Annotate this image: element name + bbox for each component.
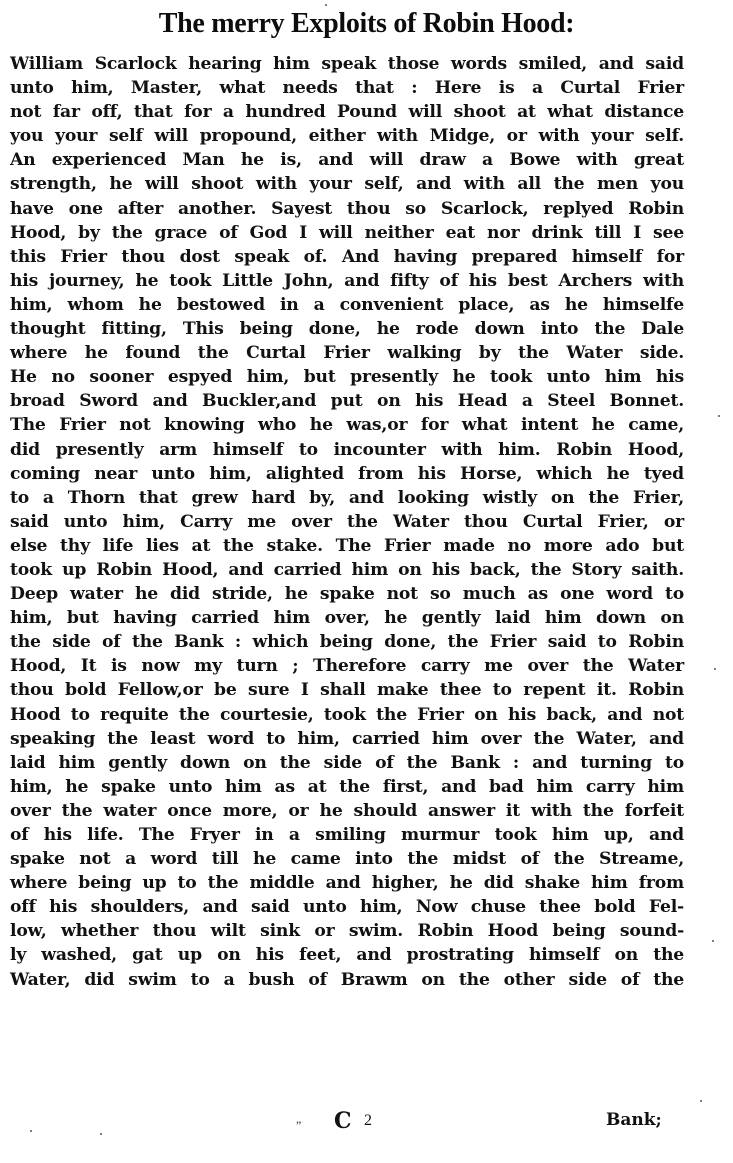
text-line: broad Sword and Buckler,and put on his H…: [10, 389, 684, 413]
text-line: Hood to requite the courtesie, took the …: [10, 703, 684, 727]
text-line: have one after another. Sayest thou so S…: [10, 197, 684, 221]
text-line: Hood, It is now my turn ; Therefore carr…: [10, 654, 684, 678]
signature-number: 2: [364, 1112, 372, 1130]
catchword: Bank;: [606, 1110, 662, 1130]
text-line: speaking the least word to him, carried …: [10, 727, 684, 751]
text-line: said unto him, Carry me over the Water t…: [10, 510, 684, 534]
text-line: over the water once more, or he should a…: [10, 799, 684, 823]
page-footer: ” C 2 Bank;: [0, 1108, 733, 1138]
ink-speck: [714, 668, 716, 670]
text-line: him, whom he bestowed in a convenient pl…: [10, 293, 684, 317]
signature-mark: C: [334, 1108, 352, 1134]
text-line: his journey, he took Little John, and fi…: [10, 269, 684, 293]
text-line: strength, he will shoot with your self, …: [10, 172, 684, 196]
ink-speck: [100, 1133, 102, 1135]
text-line: spake not a word till he came into the m…: [10, 847, 684, 871]
text-line: where he found the Curtal Frier walking …: [10, 341, 684, 365]
ink-speck: [30, 1130, 32, 1132]
text-line: laid him gently down on the side of the …: [10, 751, 684, 775]
text-line: He no sooner espyed him, but presently h…: [10, 365, 684, 389]
text-line: took up Robin Hood, and carried him on h…: [10, 558, 684, 582]
text-line: ly washed, gat up on his feet, and prost…: [10, 943, 684, 967]
text-line: low, whether thou wilt sink or swim. Rob…: [10, 919, 684, 943]
text-line: thou bold Fellow,or be sure I shall make…: [10, 678, 684, 702]
text-line: of his life. The Fryer in a smiling murm…: [10, 823, 684, 847]
text-line: The Frier not knowing who he was,or for …: [10, 413, 684, 437]
text-line: Hood, by the grace of God I will neither…: [10, 221, 684, 245]
ink-speck: [718, 415, 720, 417]
body-text: William Scarlock hearing him speak those…: [10, 52, 684, 992]
text-line: coming near unto him, alighted from his …: [10, 462, 684, 486]
text-line: not far off, that for a hundred Pound wi…: [10, 100, 684, 124]
text-line: did presently arm himself to incounter w…: [10, 438, 684, 462]
text-line: you your self will propound, either with…: [10, 124, 684, 148]
text-line: Deep water he did stride, he spake not s…: [10, 582, 684, 606]
text-line: where being up to the middle and higher,…: [10, 871, 684, 895]
text-line: to a Thorn that grew hard by, and lookin…: [10, 486, 684, 510]
text-line: unto him, Master, what needs that : Here…: [10, 76, 684, 100]
text-line: him, he spake unto him as at the first, …: [10, 775, 684, 799]
text-line: Water, did swim to a bush of Brawm on th…: [10, 968, 684, 992]
text-line: else thy life lies at the stake. The Fri…: [10, 534, 684, 558]
text-line: William Scarlock hearing him speak those…: [10, 52, 684, 76]
text-line: him, but having carried him over, he gen…: [10, 606, 684, 630]
printer-mark: ”: [296, 1118, 301, 1133]
ink-speck: [712, 940, 714, 942]
ink-speck: [700, 1100, 702, 1102]
text-line: thought fitting, This being done, he rod…: [10, 317, 684, 341]
book-page: The merry Exploits of Robin Hood: Willia…: [0, 0, 733, 1163]
text-line: the side of the Bank : which being done,…: [10, 630, 684, 654]
ink-speck: [325, 4, 327, 6]
text-line: off his shoulders, and said unto him, No…: [10, 895, 684, 919]
text-line: An experienced Man he is, and will draw …: [10, 148, 684, 172]
page-title: The merry Exploits of Robin Hood:: [0, 8, 733, 40]
text-line: this Frier thou dost speak of. And havin…: [10, 245, 684, 269]
